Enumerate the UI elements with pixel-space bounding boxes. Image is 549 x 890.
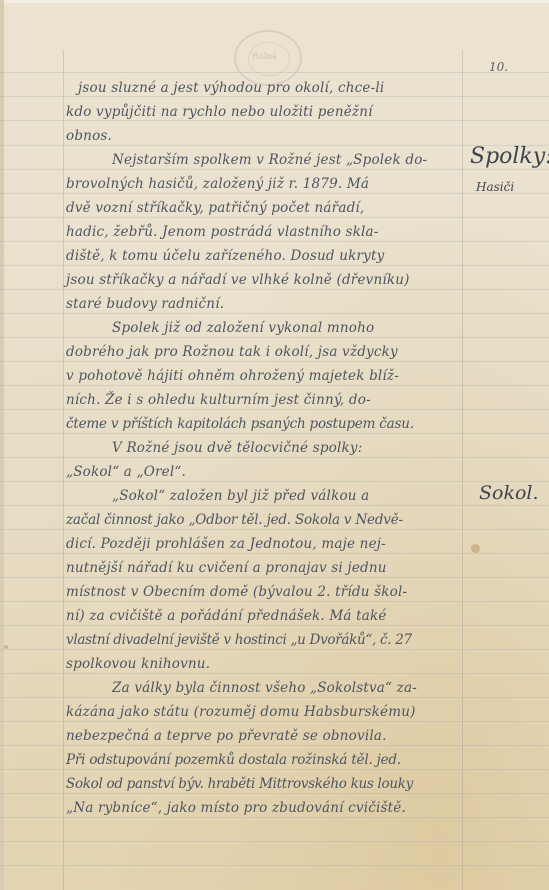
text-line: jsou stříkačky a nářadí ve vlhké kolně (… — [66, 272, 466, 288]
text-line: v pohotově hájiti ohněm ohrožený majetek… — [66, 368, 466, 384]
text-line: jsou sluzné a jest výhodou pro okolí, ch… — [78, 80, 478, 96]
text-line: Nejstarším spolkem v Rožné jest „Spolek … — [112, 152, 512, 168]
text-line: kázána jako státu (rozuměj domu Habsburs… — [66, 704, 466, 720]
text-line: Sokol od panství býv. hraběti Mittrovské… — [66, 776, 466, 792]
text-line: Spolek již od založení vykonal mnoho — [112, 320, 512, 336]
text-line: „Na rybníce“, jako místo pro zbudování c… — [66, 800, 466, 816]
text-line: čteme v příštích kapitolách psaných post… — [66, 416, 466, 432]
text-line: obnos. — [66, 128, 466, 144]
text-line: V Rožné jsou dvě tělocvičné spolky: — [112, 440, 512, 456]
text-line: nebezpečná a teprve po převratě se obnov… — [66, 728, 466, 744]
page-edge-left — [0, 0, 4, 890]
text-line: dobrého jak pro Rožnou tak i okolí, jsa … — [66, 344, 466, 360]
text-line: spolkovou knihovnu. — [66, 656, 466, 672]
text-line: vlastní divadelní jeviště v hostinci „u … — [66, 632, 466, 648]
text-line: dicí. Později prohlášen za Jednotou, maj… — [66, 536, 466, 552]
text-line: ních. Že i s ohledu kulturním jest činný… — [66, 392, 466, 408]
text-line: diště, k tomu účelu zařízeného. Dosud uk… — [66, 248, 466, 264]
manuscript-page: Rožná 10. Spolky: Hasiči Sokol. jsou slu… — [0, 0, 549, 890]
text-line: hadic, žebřů. Jenom postrádá vlastního s… — [66, 224, 466, 240]
text-line: ní) za cvičiště a pořádání přednášek. Má… — [66, 608, 466, 624]
text-line: Při odstupování pozemků dostala rožinská… — [66, 752, 466, 768]
text-line: „Sokol“ a „Orel“. — [66, 464, 466, 480]
text-line: „Sokol“ založen byl již před válkou a — [112, 488, 512, 504]
text-line: dvě vozní stříkačky, patřičný počet nářa… — [66, 200, 466, 216]
faded-stamp: Rožná — [234, 30, 302, 86]
text-line: místnost v Obecním domě (bývalou 2. tříd… — [66, 584, 466, 600]
stain — [4, 645, 8, 649]
page-edge-top — [0, 0, 549, 3]
text-line: brovolných hasičů, založený již r. 1879.… — [66, 176, 466, 192]
left-margin-line — [63, 50, 64, 890]
stain — [471, 544, 480, 553]
text-line: Za války byla činnost všeho „Sokolstva“ … — [112, 680, 512, 696]
text-line: staré budovy radniční. — [66, 296, 466, 312]
margin-note-hasici: Hasiči — [476, 180, 514, 194]
text-line: začal činnost jako „Odbor těl. jed. Soko… — [66, 512, 466, 528]
text-line: nutnější nářadí ku cvičení a pronajav si… — [66, 560, 466, 576]
page-number: 10. — [489, 60, 508, 74]
text-line: kdo vypůjčiti na rychlo nebo uložiti pen… — [66, 104, 466, 120]
